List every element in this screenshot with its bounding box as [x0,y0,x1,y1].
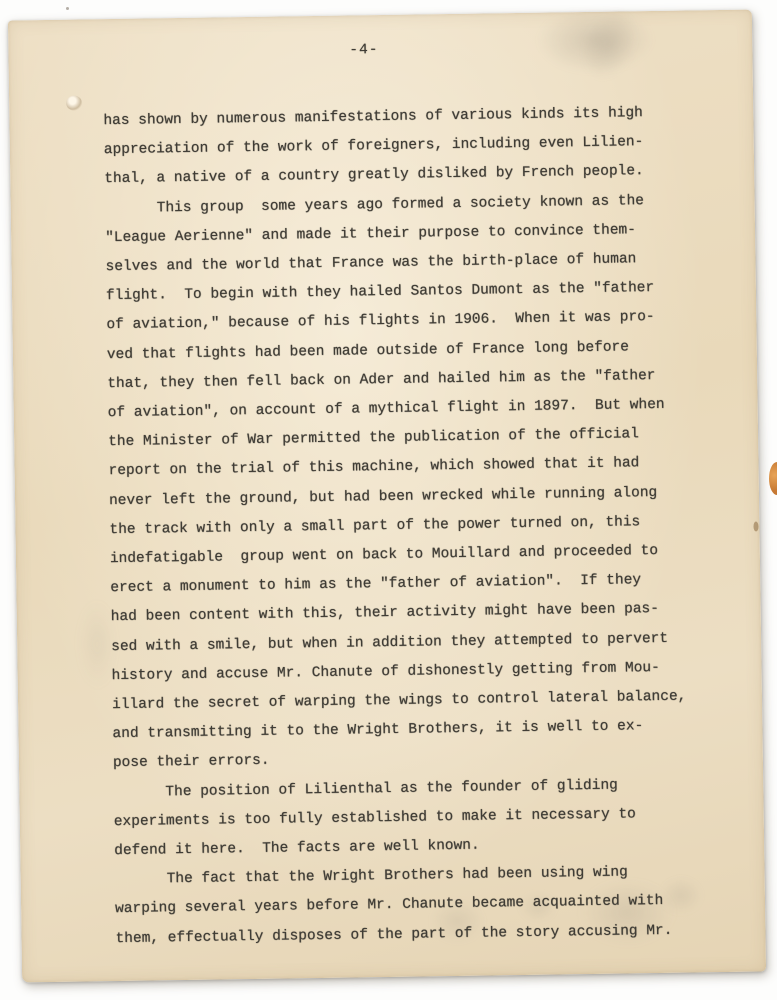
orange-edge-mark [769,462,777,495]
page-number: -4- [349,42,378,58]
document-page: -4- has shown by numerous manifestations… [8,10,766,983]
scanned-page-container: -4- has shown by numerous manifestations… [0,0,777,1000]
typewritten-text: has shown by numerous manifestations of … [103,98,725,954]
paper-dent [66,95,82,110]
scuff-mark [570,0,648,89]
scan-background: { "page": { "page_number": "-4-", "color… [0,0,777,1000]
dust-speck [66,7,69,10]
brown-speck [753,521,758,531]
smudge-stain [536,11,655,75]
